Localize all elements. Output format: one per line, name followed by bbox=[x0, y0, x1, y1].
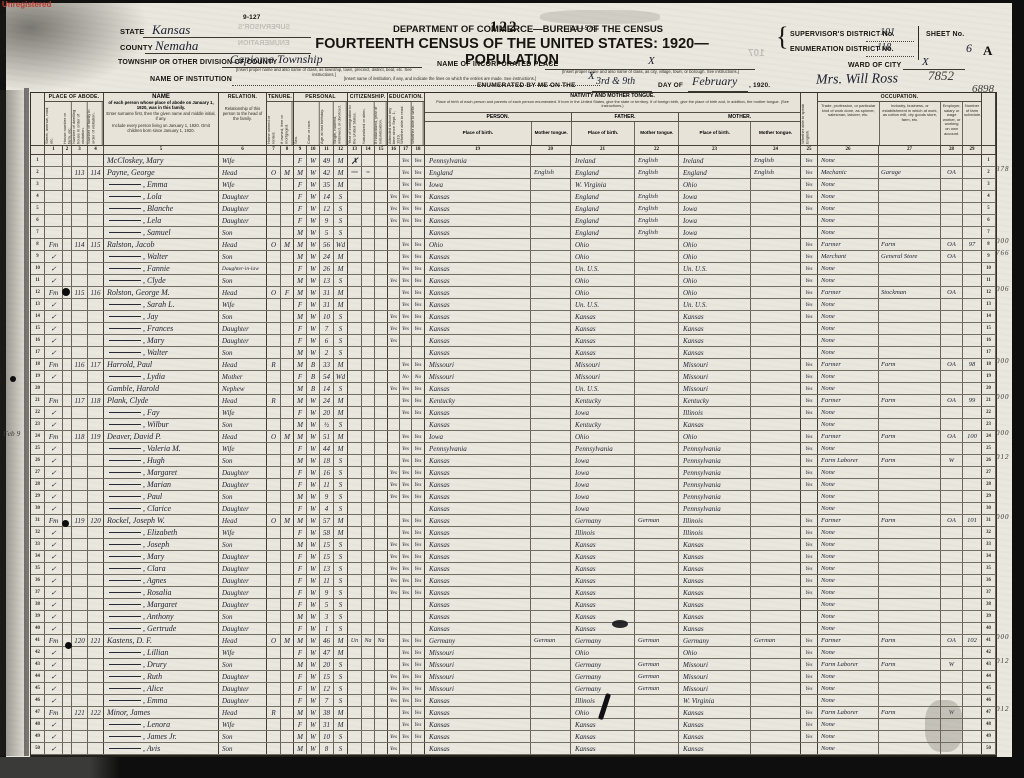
cell-c3 bbox=[72, 563, 88, 574]
cell-numL: 39 bbox=[31, 611, 45, 622]
cell-c23: Iowa bbox=[679, 203, 751, 214]
cell-c16: Yes bbox=[388, 335, 400, 346]
cell-c24 bbox=[751, 719, 801, 730]
cell-c9: F bbox=[294, 551, 307, 562]
cell-c7 bbox=[267, 335, 281, 346]
cell-c16 bbox=[388, 155, 400, 166]
cell-numR: 29 bbox=[982, 491, 996, 502]
cell-c28: OA bbox=[941, 431, 963, 442]
cell-c7 bbox=[267, 383, 281, 394]
cell-c6: Son bbox=[219, 731, 267, 742]
cell-c8 bbox=[281, 299, 294, 310]
year-label: , 1920. bbox=[749, 82, 770, 89]
column-heading-c2: House number or farm, etc. bbox=[63, 102, 72, 145]
cell-c2 bbox=[63, 479, 72, 490]
cell-c10: B bbox=[307, 359, 320, 370]
cell-c19: Kansas bbox=[425, 251, 531, 262]
cell-c12: M bbox=[334, 647, 348, 658]
cell-c9: F bbox=[294, 203, 307, 214]
cell-c8 bbox=[281, 371, 294, 382]
cell-numR: 6 bbox=[982, 215, 996, 226]
cell-c3 bbox=[72, 443, 88, 454]
cell-c18 bbox=[412, 623, 425, 634]
cell-c18: Yes bbox=[412, 203, 425, 214]
cell-c6: Head bbox=[219, 395, 267, 406]
cell-c3 bbox=[72, 419, 88, 430]
cell-c26: None bbox=[818, 275, 879, 286]
cell-c7: O bbox=[267, 239, 281, 250]
cell-c20 bbox=[531, 215, 571, 226]
cell-c21: Ohio bbox=[571, 239, 635, 250]
cell-c22: English bbox=[635, 167, 679, 178]
cell-c10: W bbox=[307, 575, 320, 586]
cell-c17: Yes bbox=[400, 263, 412, 274]
cell-c21: Kansas bbox=[571, 743, 635, 754]
cell-c2 bbox=[63, 431, 72, 442]
cell-c12: M bbox=[334, 407, 348, 418]
cell-c26: None bbox=[818, 323, 879, 334]
cell-c24 bbox=[751, 647, 801, 658]
cell-c10: W bbox=[307, 287, 320, 298]
census-row: 40✓, GertrudeDaughterFW1SKansasKansasKan… bbox=[31, 623, 996, 635]
cell-c12: M bbox=[334, 443, 348, 454]
cell-c8: F bbox=[281, 287, 294, 298]
cell-c10: W bbox=[307, 395, 320, 406]
cell-c28 bbox=[941, 551, 963, 562]
cell-c5: Gamble, Harold bbox=[104, 383, 219, 394]
cell-c3: 120 bbox=[72, 635, 88, 646]
cell-c3 bbox=[72, 383, 88, 394]
margin-pencil-note: 000 bbox=[996, 357, 1010, 365]
cell-c21: W. Virginia bbox=[571, 179, 635, 190]
cell-c15 bbox=[375, 587, 388, 598]
cell-c27 bbox=[879, 587, 941, 598]
cell-c24 bbox=[751, 599, 801, 610]
cell-c13 bbox=[348, 383, 362, 394]
cell-c17 bbox=[400, 335, 412, 346]
cell-c15 bbox=[375, 611, 388, 622]
cell-c8 bbox=[281, 719, 294, 730]
cell-c26: None bbox=[818, 467, 879, 478]
cell-c13 bbox=[348, 299, 362, 310]
cell-c23: Kansas bbox=[679, 707, 751, 718]
cell-c26: None bbox=[818, 623, 879, 634]
cell-c27 bbox=[879, 623, 941, 634]
cell-c18: Yes bbox=[412, 683, 425, 694]
cell-c8 bbox=[281, 203, 294, 214]
cell-c21: Un. U.S. bbox=[571, 383, 635, 394]
ditto-mark bbox=[109, 423, 141, 425]
ditto-mark bbox=[109, 207, 141, 209]
cell-c23: Un. U.S. bbox=[679, 263, 751, 274]
cell-c1: ✓ bbox=[45, 659, 63, 670]
cell-c28 bbox=[941, 611, 963, 622]
cell-c28 bbox=[941, 407, 963, 418]
cell-c14 bbox=[362, 551, 375, 562]
cell-c18: Yes bbox=[412, 167, 425, 178]
cell-c26: None bbox=[818, 383, 879, 394]
cell-c28 bbox=[941, 311, 963, 322]
cell-numL: 23 bbox=[31, 419, 45, 430]
column-heading-c7: Home owned or rented. bbox=[267, 102, 280, 145]
cell-c5: , Lenora bbox=[104, 719, 219, 730]
occupation-heading-c28: Employer, salary or wage worker, or work… bbox=[940, 102, 962, 145]
cell-c23: Kansas bbox=[679, 551, 751, 562]
cell-c18: Yes bbox=[412, 479, 425, 490]
cell-c8 bbox=[281, 443, 294, 454]
cell-c1 bbox=[45, 167, 63, 178]
cell-numR: 23 bbox=[982, 419, 996, 430]
cell-numL: 40 bbox=[31, 623, 45, 634]
cell-c4 bbox=[88, 323, 104, 334]
cell-c11: 49 bbox=[320, 155, 334, 166]
cell-c13 bbox=[348, 563, 362, 574]
cell-c19: Ohio bbox=[425, 239, 531, 250]
cell-numR: 1 bbox=[982, 155, 996, 166]
cell-c19: Kansas bbox=[425, 203, 531, 214]
cell-c13 bbox=[348, 719, 362, 730]
cell-numR: 9 bbox=[982, 251, 996, 262]
cell-c24 bbox=[751, 683, 801, 694]
cell-c6: Daughter bbox=[219, 503, 267, 514]
cell-c19: Kansas bbox=[425, 227, 531, 238]
cell-c7 bbox=[267, 599, 281, 610]
cell-c4 bbox=[88, 251, 104, 262]
cell-c4 bbox=[88, 563, 104, 574]
cell-c9: F bbox=[294, 695, 307, 706]
cell-c19: Kansas bbox=[425, 323, 531, 334]
group-title: OCCUPATION. bbox=[818, 93, 981, 102]
cell-c24 bbox=[751, 539, 801, 550]
cell-c14 bbox=[362, 539, 375, 550]
cell-c6: Wife bbox=[219, 719, 267, 730]
cell-c3 bbox=[72, 479, 88, 490]
cell-c25 bbox=[801, 695, 818, 706]
cell-c17: Yes bbox=[400, 635, 412, 646]
nativity-sub: Place of birth of each person and parent… bbox=[425, 100, 800, 113]
cell-c12: S bbox=[334, 503, 348, 514]
cell-c6: Daughter-in-law bbox=[219, 263, 267, 274]
census-row: 3, EmmaWifeFW35MYesYesIowaW. VirginiaOhi… bbox=[31, 179, 996, 191]
census-row: 43✓, DrurySonMW20SYesYesMissouriGermanyG… bbox=[31, 659, 996, 671]
cell-c3: 116 bbox=[72, 359, 88, 370]
cell-c18: Yes bbox=[412, 431, 425, 442]
cell-c14 bbox=[362, 503, 375, 514]
cell-c2 bbox=[63, 359, 72, 370]
cell-c4 bbox=[88, 491, 104, 502]
cell-c15 bbox=[375, 671, 388, 682]
cell-c18 bbox=[412, 347, 425, 358]
cell-c3 bbox=[72, 611, 88, 622]
cell-c14 bbox=[362, 587, 375, 598]
cell-c5: , Fannie bbox=[104, 263, 219, 274]
cell-c1: ✓ bbox=[45, 419, 63, 430]
cell-c8 bbox=[281, 695, 294, 706]
cell-c15: Na bbox=[375, 635, 388, 646]
cell-c23: Pennsylvania bbox=[679, 467, 751, 478]
cell-c2 bbox=[63, 419, 72, 430]
cell-c19: Missouri bbox=[425, 359, 531, 370]
ditto-mark bbox=[109, 267, 141, 269]
cell-c9: M bbox=[294, 539, 307, 550]
cell-c4: 119 bbox=[88, 431, 104, 442]
ditto-mark bbox=[109, 507, 141, 509]
cell-numR: 19 bbox=[982, 371, 996, 382]
census-row: 21Fm117118Plank, ClydeHeadRMW24MYesYesKe… bbox=[31, 395, 996, 407]
cell-c23: Un. U.S. bbox=[679, 299, 751, 310]
cell-c22 bbox=[635, 563, 679, 574]
cell-c18: Yes bbox=[412, 311, 425, 322]
cell-c1: Fm bbox=[45, 635, 63, 646]
column-heading-c14: Naturalized or alien. bbox=[362, 102, 375, 145]
cell-c29 bbox=[963, 587, 982, 598]
cell-c18 bbox=[412, 335, 425, 346]
cell-c21: Iowa bbox=[571, 479, 635, 490]
cell-c27: Farm bbox=[879, 635, 941, 646]
cell-c9: M bbox=[294, 251, 307, 262]
cell-c18: Yes bbox=[412, 563, 425, 574]
cell-c16 bbox=[388, 455, 400, 466]
cell-c7 bbox=[267, 647, 281, 658]
cell-c7 bbox=[267, 263, 281, 274]
cell-c29 bbox=[963, 491, 982, 502]
cell-numR: 47 bbox=[982, 707, 996, 718]
cell-c21: Kansas bbox=[571, 587, 635, 598]
ditto-mark bbox=[109, 411, 141, 413]
cell-c21: Kentucky bbox=[571, 419, 635, 430]
cell-c10: W bbox=[307, 683, 320, 694]
cell-c13 bbox=[348, 515, 362, 526]
census-row: 47Fm121122Minor, JamesHeadRMW38MYesYesKa… bbox=[31, 707, 996, 719]
cell-c14 bbox=[362, 347, 375, 358]
cell-c12: M bbox=[334, 299, 348, 310]
cell-c11: 31 bbox=[320, 287, 334, 298]
cell-c23: Kansas bbox=[679, 335, 751, 346]
cell-c11: 47 bbox=[320, 647, 334, 658]
cell-c4 bbox=[88, 539, 104, 550]
cell-c7 bbox=[267, 563, 281, 574]
ditto-mark bbox=[109, 231, 141, 233]
smudge-artifact bbox=[925, 700, 963, 752]
cell-c23: Kansas bbox=[679, 743, 751, 754]
cell-c8 bbox=[281, 659, 294, 670]
census-row: 37✓, RosaliaDaughterFW9SYesYesYesKansasK… bbox=[31, 587, 996, 599]
column-number bbox=[31, 146, 45, 154]
cell-c26: Farm Laborer bbox=[818, 707, 879, 718]
cell-c12: M bbox=[334, 179, 348, 190]
cell-c13 bbox=[348, 443, 362, 454]
cell-c17 bbox=[400, 743, 412, 754]
cell-c26: None bbox=[818, 743, 879, 754]
census-row: 17✓, WalterSonMW2SKansasKansasKansasNone… bbox=[31, 347, 996, 359]
ditto-mark bbox=[109, 687, 141, 689]
cell-c6: Wife bbox=[219, 179, 267, 190]
cell-c1: ✓ bbox=[45, 527, 63, 538]
census-row: 50✓, AvisSonMW8SYesKansasKansasKansasNon… bbox=[31, 743, 996, 755]
cell-c11: 58 bbox=[320, 527, 334, 538]
cell-c12: S bbox=[334, 215, 348, 226]
cell-c27 bbox=[879, 527, 941, 538]
cell-c16: Yes bbox=[388, 551, 400, 562]
cell-c12: S bbox=[334, 323, 348, 334]
cell-c22 bbox=[635, 731, 679, 742]
group-title: CITIZENSHIP. bbox=[348, 93, 387, 102]
cell-c14 bbox=[362, 383, 375, 394]
cell-c9: F bbox=[294, 587, 307, 598]
cell-c20 bbox=[531, 707, 571, 718]
cell-c27: Garage bbox=[879, 167, 941, 178]
cell-c1: ✓ bbox=[45, 539, 63, 550]
cell-c26: None bbox=[818, 179, 879, 190]
cell-c20 bbox=[531, 527, 571, 538]
cell-c7 bbox=[267, 539, 281, 550]
cell-c22 bbox=[635, 575, 679, 586]
cell-c10: W bbox=[307, 551, 320, 562]
cell-c8 bbox=[281, 563, 294, 574]
cell-c27 bbox=[879, 275, 941, 286]
cell-c18: Yes bbox=[412, 467, 425, 478]
column-heading-c3: Number of dwelling house in order of vis… bbox=[72, 102, 88, 145]
cell-c3 bbox=[72, 743, 88, 754]
cell-c16 bbox=[388, 287, 400, 298]
cell-c20 bbox=[531, 431, 571, 442]
cell-c28 bbox=[941, 347, 963, 358]
cell-c1: Fm bbox=[45, 707, 63, 718]
cell-c2 bbox=[63, 527, 72, 538]
group-tenure: TENURE.Home owned or rented.If owned, fr… bbox=[267, 93, 294, 145]
census-row: 45✓, AliceDaughterFW12SYesYesYesMissouri… bbox=[31, 683, 996, 695]
cell-c27 bbox=[879, 467, 941, 478]
cell-c4 bbox=[88, 179, 104, 190]
cell-c25: Yes bbox=[801, 587, 818, 598]
cell-c17: Yes bbox=[400, 239, 412, 250]
cell-c20 bbox=[531, 191, 571, 202]
cell-c22 bbox=[635, 647, 679, 658]
cell-numL: 13 bbox=[31, 299, 45, 310]
cell-numR: 21 bbox=[982, 395, 996, 406]
cell-c6: Son bbox=[219, 659, 267, 670]
cell-c24 bbox=[751, 275, 801, 286]
cell-c6: Head bbox=[219, 239, 267, 250]
cell-c9: F bbox=[294, 647, 307, 658]
cell-c24 bbox=[751, 215, 801, 226]
cell-c21: Kansas bbox=[571, 563, 635, 574]
cell-c25: Yes bbox=[801, 263, 818, 274]
column-heading-c8: If owned, free or mortgaged. bbox=[280, 102, 293, 145]
ditto-mark bbox=[109, 255, 141, 257]
cell-c16: Yes bbox=[388, 467, 400, 478]
cell-c8 bbox=[281, 587, 294, 598]
occupation-heading-c26: Trade, profession, or particular kind of… bbox=[818, 102, 879, 145]
cell-c7 bbox=[267, 491, 281, 502]
cell-c17: Yes bbox=[400, 383, 412, 394]
cell-c27 bbox=[879, 611, 941, 622]
cell-c6: Head bbox=[219, 359, 267, 370]
cell-c14 bbox=[362, 479, 375, 490]
column-number: 9 bbox=[294, 146, 307, 154]
cell-c24 bbox=[751, 527, 801, 538]
cell-c14 bbox=[362, 191, 375, 202]
occupation-heading-c27: Industry, business, or establishment in … bbox=[879, 102, 941, 145]
cell-c3 bbox=[72, 503, 88, 514]
supervisor-district-value: 101 bbox=[880, 27, 895, 38]
cell-c25: Yes bbox=[801, 455, 818, 466]
cell-c29 bbox=[963, 383, 982, 394]
cell-c18: Yes bbox=[412, 515, 425, 526]
cell-c26: None bbox=[818, 551, 879, 562]
cell-c13 bbox=[348, 551, 362, 562]
column-number: 2 bbox=[63, 146, 72, 154]
cell-numR: 10 bbox=[982, 263, 996, 274]
cell-numL: 3 bbox=[31, 179, 45, 190]
cell-c23: Missouri bbox=[679, 671, 751, 682]
cell-c21: Germany bbox=[571, 659, 635, 670]
cell-c21: Iowa bbox=[571, 503, 635, 514]
nativity-label-c23: Place of birth. bbox=[678, 122, 750, 146]
cell-c21: Kansas bbox=[571, 311, 635, 322]
cell-c6: Son bbox=[219, 227, 267, 238]
cell-c23: Kansas bbox=[679, 539, 751, 550]
cell-c17: Yes bbox=[400, 587, 412, 598]
cell-c4 bbox=[88, 155, 104, 166]
margin-pencil-note: 766 bbox=[996, 249, 1010, 257]
cell-c23: Missouri bbox=[679, 659, 751, 670]
cell-c1 bbox=[45, 227, 63, 238]
cell-c7 bbox=[267, 227, 281, 238]
cell-numR: 41 bbox=[982, 635, 996, 646]
cell-c17: Yes bbox=[400, 671, 412, 682]
pencil-number-1: 7852 bbox=[928, 68, 954, 84]
cell-c4 bbox=[88, 371, 104, 382]
cell-c5: Rolston, George M. bbox=[104, 287, 219, 298]
cell-c13 bbox=[348, 467, 362, 478]
cell-c8 bbox=[281, 383, 294, 394]
cell-c27 bbox=[879, 155, 941, 166]
cell-numR: 14 bbox=[982, 311, 996, 322]
cell-c26: None bbox=[818, 527, 879, 538]
cell-c9: M bbox=[294, 167, 307, 178]
cell-c3 bbox=[72, 215, 88, 226]
cell-c9: M bbox=[294, 431, 307, 442]
cell-c29 bbox=[963, 671, 982, 682]
cell-c29 bbox=[963, 443, 982, 454]
cell-c2 bbox=[63, 575, 72, 586]
cell-c18 bbox=[412, 611, 425, 622]
column-number: 23 bbox=[679, 146, 751, 154]
cell-c16: Yes bbox=[388, 191, 400, 202]
cell-c14 bbox=[362, 431, 375, 442]
cell-c15 bbox=[375, 323, 388, 334]
cell-c25 bbox=[801, 611, 818, 622]
cell-c16 bbox=[388, 239, 400, 250]
ghost-text-2: ENUMERATION bbox=[238, 40, 290, 47]
cell-numR: 30 bbox=[982, 503, 996, 514]
cell-c4 bbox=[88, 551, 104, 562]
cell-c5: , Drury bbox=[104, 659, 219, 670]
ditto-mark bbox=[109, 459, 141, 461]
cell-c12: Wd bbox=[334, 371, 348, 382]
ditto-mark bbox=[109, 495, 141, 497]
cell-c18: Yes bbox=[412, 275, 425, 286]
cell-c7: O bbox=[267, 287, 281, 298]
cell-c3 bbox=[72, 623, 88, 634]
column-heading-c17: Whether able to read. bbox=[400, 102, 412, 145]
cell-c4 bbox=[88, 407, 104, 418]
cell-c27: Farm bbox=[879, 659, 941, 670]
cell-c21: Illinois bbox=[571, 527, 635, 538]
cell-c14 bbox=[362, 251, 375, 262]
cell-c26: Mechanic bbox=[818, 167, 879, 178]
